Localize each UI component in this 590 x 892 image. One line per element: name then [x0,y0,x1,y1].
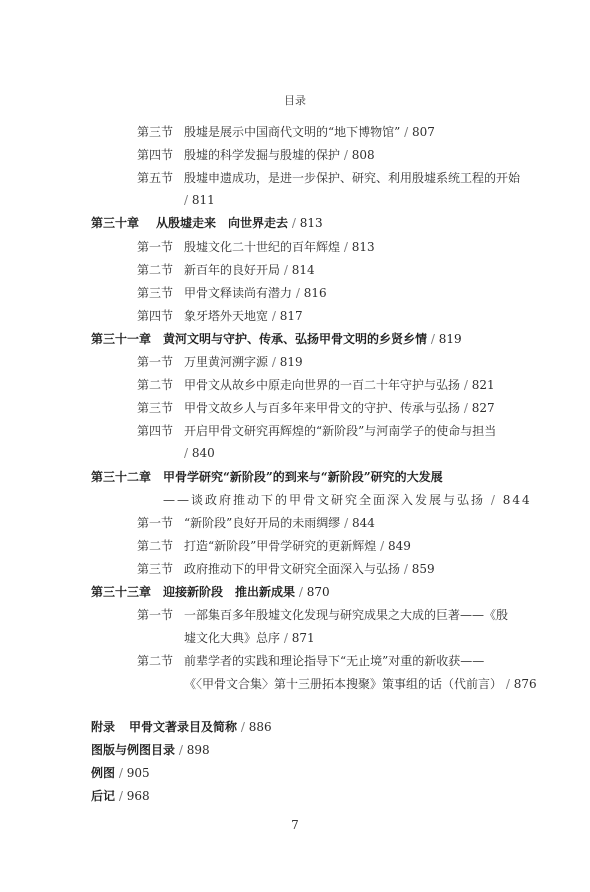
chapter-label: 第三十章 [91,215,139,231]
toc-entry-figure-list[interactable]: 图版与例图目录 / 898 [91,742,210,758]
section-title-continued: / 811 [184,192,215,208]
page-ref: 821 [472,378,495,392]
page-ref: 876 [514,677,537,691]
appendix-label: 附录 [91,720,115,734]
chapter-title: 黄河文明与守护、传承、弘扬甲骨文明的乡贤乡情 / 819 [163,331,462,347]
entry-title: 后记 [91,789,115,803]
section-title: 打造“新阶段”甲骨学研究的更新辉煌 / 849 [184,538,411,554]
section-label: 第四节 [137,147,173,163]
page-ref: 870 [307,585,330,599]
page-number: 7 [0,818,590,832]
page-ref: 968 [127,789,150,803]
section-label: 第一节 [137,354,173,370]
section-label: 第一节 [137,607,173,623]
page-ref: 871 [292,631,315,645]
chapter-title: 从殷墟走来 向世界走去 / 813 [156,215,323,231]
chapter-label: 第三十一章 [91,331,151,347]
section-title: 殷墟是展示中国商代文明的“地下博物馆” / 807 [184,124,435,140]
section-label: 第二节 [137,653,173,669]
section-title: 甲骨文从故乡中原走向世界的一百二十年守护与弘扬 / 821 [184,377,495,393]
toc-entry-appendix[interactable]: 附录甲骨文著录目及简称 / 886 [91,719,272,735]
entry-title: 例图 [91,766,115,780]
page-ref: 808 [352,148,375,162]
section-title: 前辈学者的实践和理论指导下“无止境”对重的新收获—— [184,653,484,669]
section-title: 一部集百多年殷墟文化发现与研究成果之大成的巨著——《殷 [184,607,508,623]
entry-title: 图版与例图目录 [91,743,175,757]
page-ref: 807 [412,125,435,139]
section-title: 象牙塔外天地宽 / 817 [184,308,303,324]
page-ref: 886 [249,720,272,734]
section-title-continued: 《〈甲骨文合集〉第十三册拓本搜聚》策事组的话（代前言） / 876 [184,676,537,692]
page-title: 目录 [0,92,590,108]
section-label: 第一节 [137,515,173,531]
section-label: 第五节 [137,170,173,186]
section-label: 第二节 [137,538,173,554]
toc-entry-examples[interactable]: 例图 / 905 [91,765,150,781]
section-title-continued: 墟文化大典》总序 / 871 [184,630,315,646]
section-label: 第三节 [137,561,173,577]
section-label: 第二节 [137,377,173,393]
page-ref: 817 [280,309,303,323]
page-ref: 844 [503,493,532,507]
page-ref: 811 [192,193,215,207]
page-ref: 844 [352,516,375,530]
appendix-title: 甲骨文著录目及简称 [129,720,237,734]
section-title: 殷墟的科学发掘与殷墟的保护 / 808 [184,147,375,163]
page-ref: 859 [412,562,435,576]
section-title: 殷墟文化二十世纪的百年辉煌 / 813 [184,239,375,255]
page-ref: 827 [472,401,495,415]
chapter-title: 甲骨学研究“新阶段”的到来与“新阶段”研究的大发展 [163,469,443,485]
section-title-continued: / 840 [184,445,215,461]
section-title: 殷墟申遗成功，是进一步保护、研究、利用殷墟系统工程的开始 [184,170,520,186]
page-ref: 819 [439,332,462,346]
page-ref: 840 [192,446,215,460]
page-ref: 905 [127,766,150,780]
section-title: 万里黄河溯字源 / 819 [184,354,303,370]
chapter-label: 第三十二章 [91,469,151,485]
section-title: 甲骨文释读尚有潜力 / 816 [184,285,327,301]
section-title: 新百年的良好开局 / 814 [184,262,315,278]
chapter-label: 第三十三章 [91,584,151,600]
chapter-subtitle: ——谈政府推动下的甲骨文研究全面深入发展与弘扬 / 844 [163,492,532,508]
section-title: “新阶段”良好开局的未雨绸缪 / 844 [184,515,375,531]
page-ref: 813 [300,216,323,230]
section-label: 第三节 [137,285,173,301]
section-title: 政府推动下的甲骨文研究全面深入与弘扬 / 859 [184,561,435,577]
toc-entry-afterword[interactable]: 后记 / 968 [91,788,150,804]
chapter-title: 迎接新阶段 推出新成果 / 870 [163,584,330,600]
section-label: 第四节 [137,308,173,324]
section-label: 第三节 [137,124,173,140]
section-label: 第二节 [137,262,173,278]
section-title: 甲骨文故乡人与百多年来甲骨文的守护、传承与弘扬 / 827 [184,400,495,416]
page-ref: 816 [304,286,327,300]
page-ref: 898 [187,743,210,757]
page-ref: 813 [352,240,375,254]
page-ref: 849 [388,539,411,553]
section-label: 第三节 [137,400,173,416]
section-label: 第一节 [137,239,173,255]
section-title: 开启甲骨文研究再辉煌的“新阶段”与河南学子的使命与担当 [184,423,496,439]
page-ref: 819 [280,355,303,369]
section-label: 第四节 [137,423,173,439]
page-ref: 814 [292,263,315,277]
